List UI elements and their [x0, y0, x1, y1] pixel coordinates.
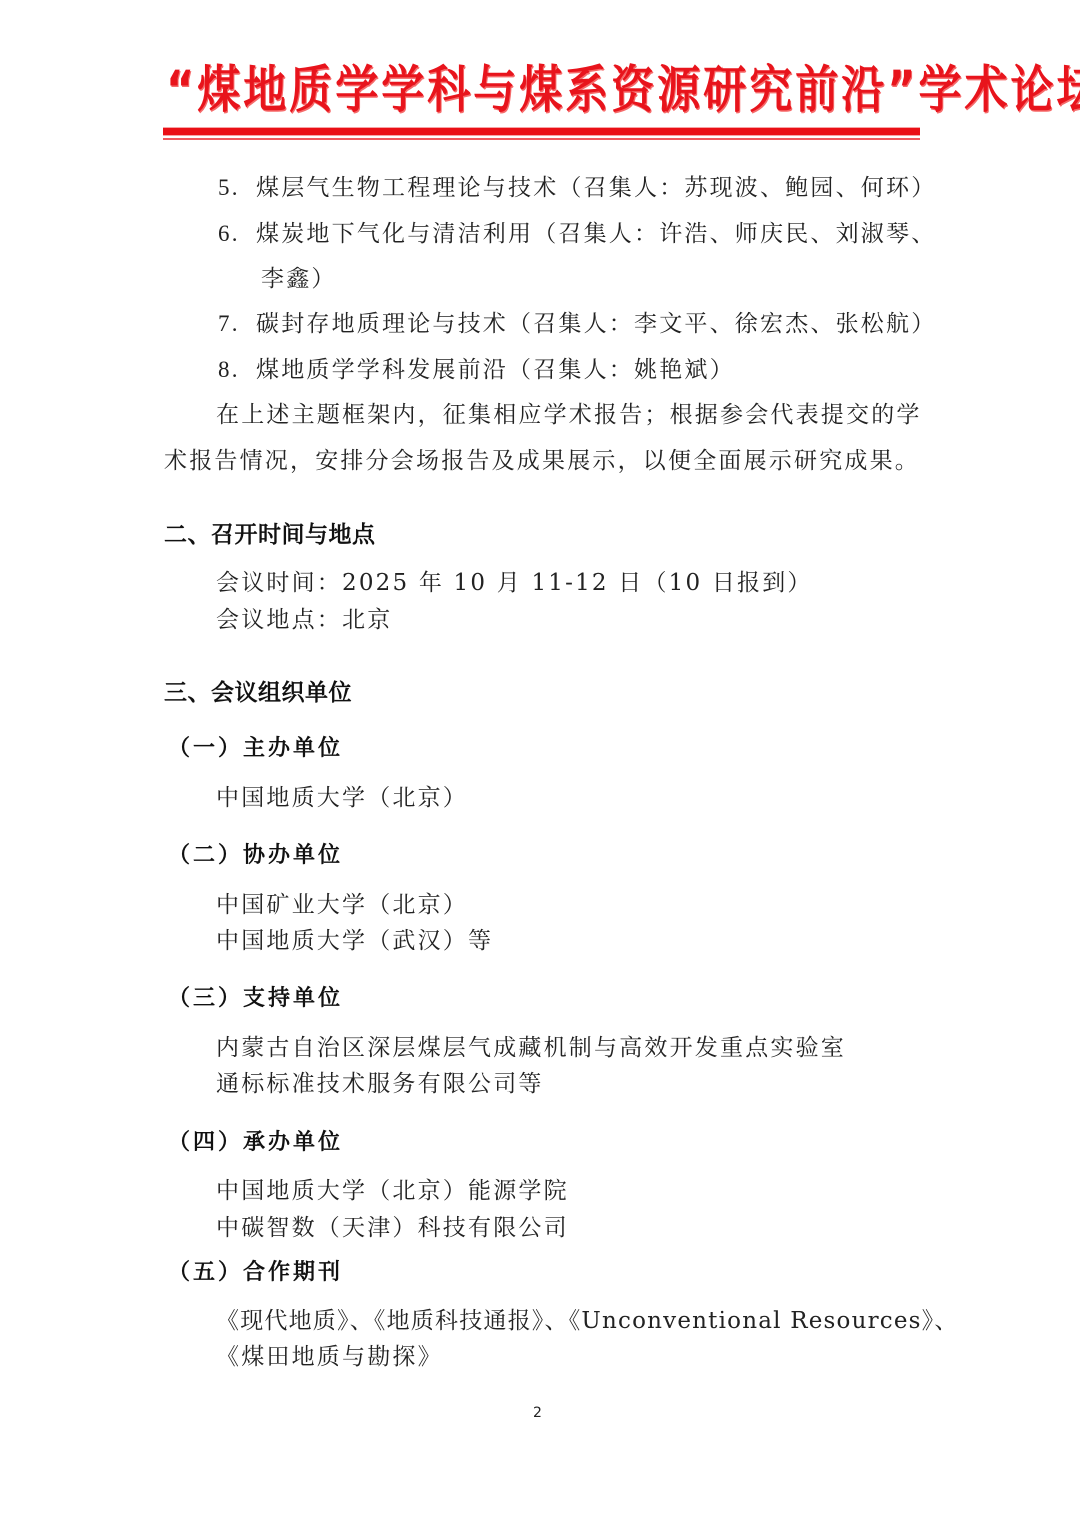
- topic-text: 煤炭地下气化与清洁利用（召集人：许浩、师庆民、刘淑琴、: [256, 221, 936, 247]
- undertaker-item: 中碳智数（天津）科技有限公司: [216, 1213, 569, 1243]
- subheading-supporter: （三）支持单位: [168, 984, 343, 1014]
- supporter-item: 内蒙古自治区深层煤层气成藏机制与高效开发重点实验室: [216, 1033, 846, 1063]
- subheading-host: （一）主办单位: [168, 734, 343, 764]
- topic-item-6-continuation: 李鑫）: [261, 264, 337, 294]
- journal-item: 《现代地质》、《地质科技通报》、《Unconventional Resource…: [216, 1306, 959, 1336]
- topic-number: 6.: [218, 219, 256, 249]
- topic-item-5: 5.煤层气生物工程理论与技术（召集人：苏现波、鲍园、何环）: [218, 173, 936, 203]
- document-header-title: “煤地质学学科与煤系资源研究前沿”学术论坛: [166, 60, 921, 121]
- topic-number: 7.: [218, 309, 256, 339]
- topic-item-8: 8.煤地质学学科发展前沿（召集人：姚艳斌）: [218, 355, 735, 385]
- section-heading-time-place: 二、召开时间与地点: [164, 520, 376, 550]
- topics-note-line-2: 术报告情况，安排分会场报告及成果展示，以便全面展示研究成果。: [164, 446, 920, 476]
- subheading-co-organizer: （二）协办单位: [168, 841, 343, 871]
- topic-text: 煤地质学学科发展前沿（召集人：姚艳斌）: [256, 357, 735, 383]
- host-item: 中国地质大学（北京）: [216, 783, 468, 813]
- undertaker-item: 中国地质大学（北京）能源学院: [216, 1176, 569, 1206]
- section-heading-organizers: 三、会议组织单位: [164, 678, 352, 708]
- topic-number: 8.: [218, 355, 256, 385]
- header-divider-thin: [163, 138, 920, 140]
- meeting-place: 会议地点：北京: [216, 605, 392, 635]
- co-organizer-item: 中国矿业大学（北京）: [216, 890, 468, 920]
- topic-number: 5.: [218, 173, 256, 203]
- topic-item-7: 7.碳封存地质理论与技术（召集人：李文平、徐宏杰、张松航）: [218, 309, 936, 339]
- subheading-journals: （五）合作期刊: [168, 1258, 343, 1288]
- subheading-undertaker: （四）承办单位: [168, 1128, 343, 1158]
- journal-item: 《煤田地质与勘探》: [216, 1342, 443, 1372]
- topic-text: 碳封存地质理论与技术（召集人：李文平、徐宏杰、张松航）: [256, 311, 936, 337]
- topic-item-6: 6.煤炭地下气化与清洁利用（召集人：许浩、师庆民、刘淑琴、: [218, 219, 936, 249]
- topic-text: 煤层气生物工程理论与技术（召集人：苏现波、鲍园、何环）: [256, 175, 936, 201]
- header-divider-thick: [163, 128, 920, 135]
- page-number: 2: [533, 1405, 542, 1421]
- topics-note-line-1: 在上述主题框架内，征集相应学术报告；根据参会代表提交的学: [216, 400, 922, 430]
- co-organizer-item: 中国地质大学（武汉）等: [216, 926, 493, 956]
- meeting-time: 会议时间：2025 年 10 月 11-12 日（10 日报到）: [216, 568, 813, 598]
- supporter-item: 通标标准技术服务有限公司等: [216, 1069, 544, 1099]
